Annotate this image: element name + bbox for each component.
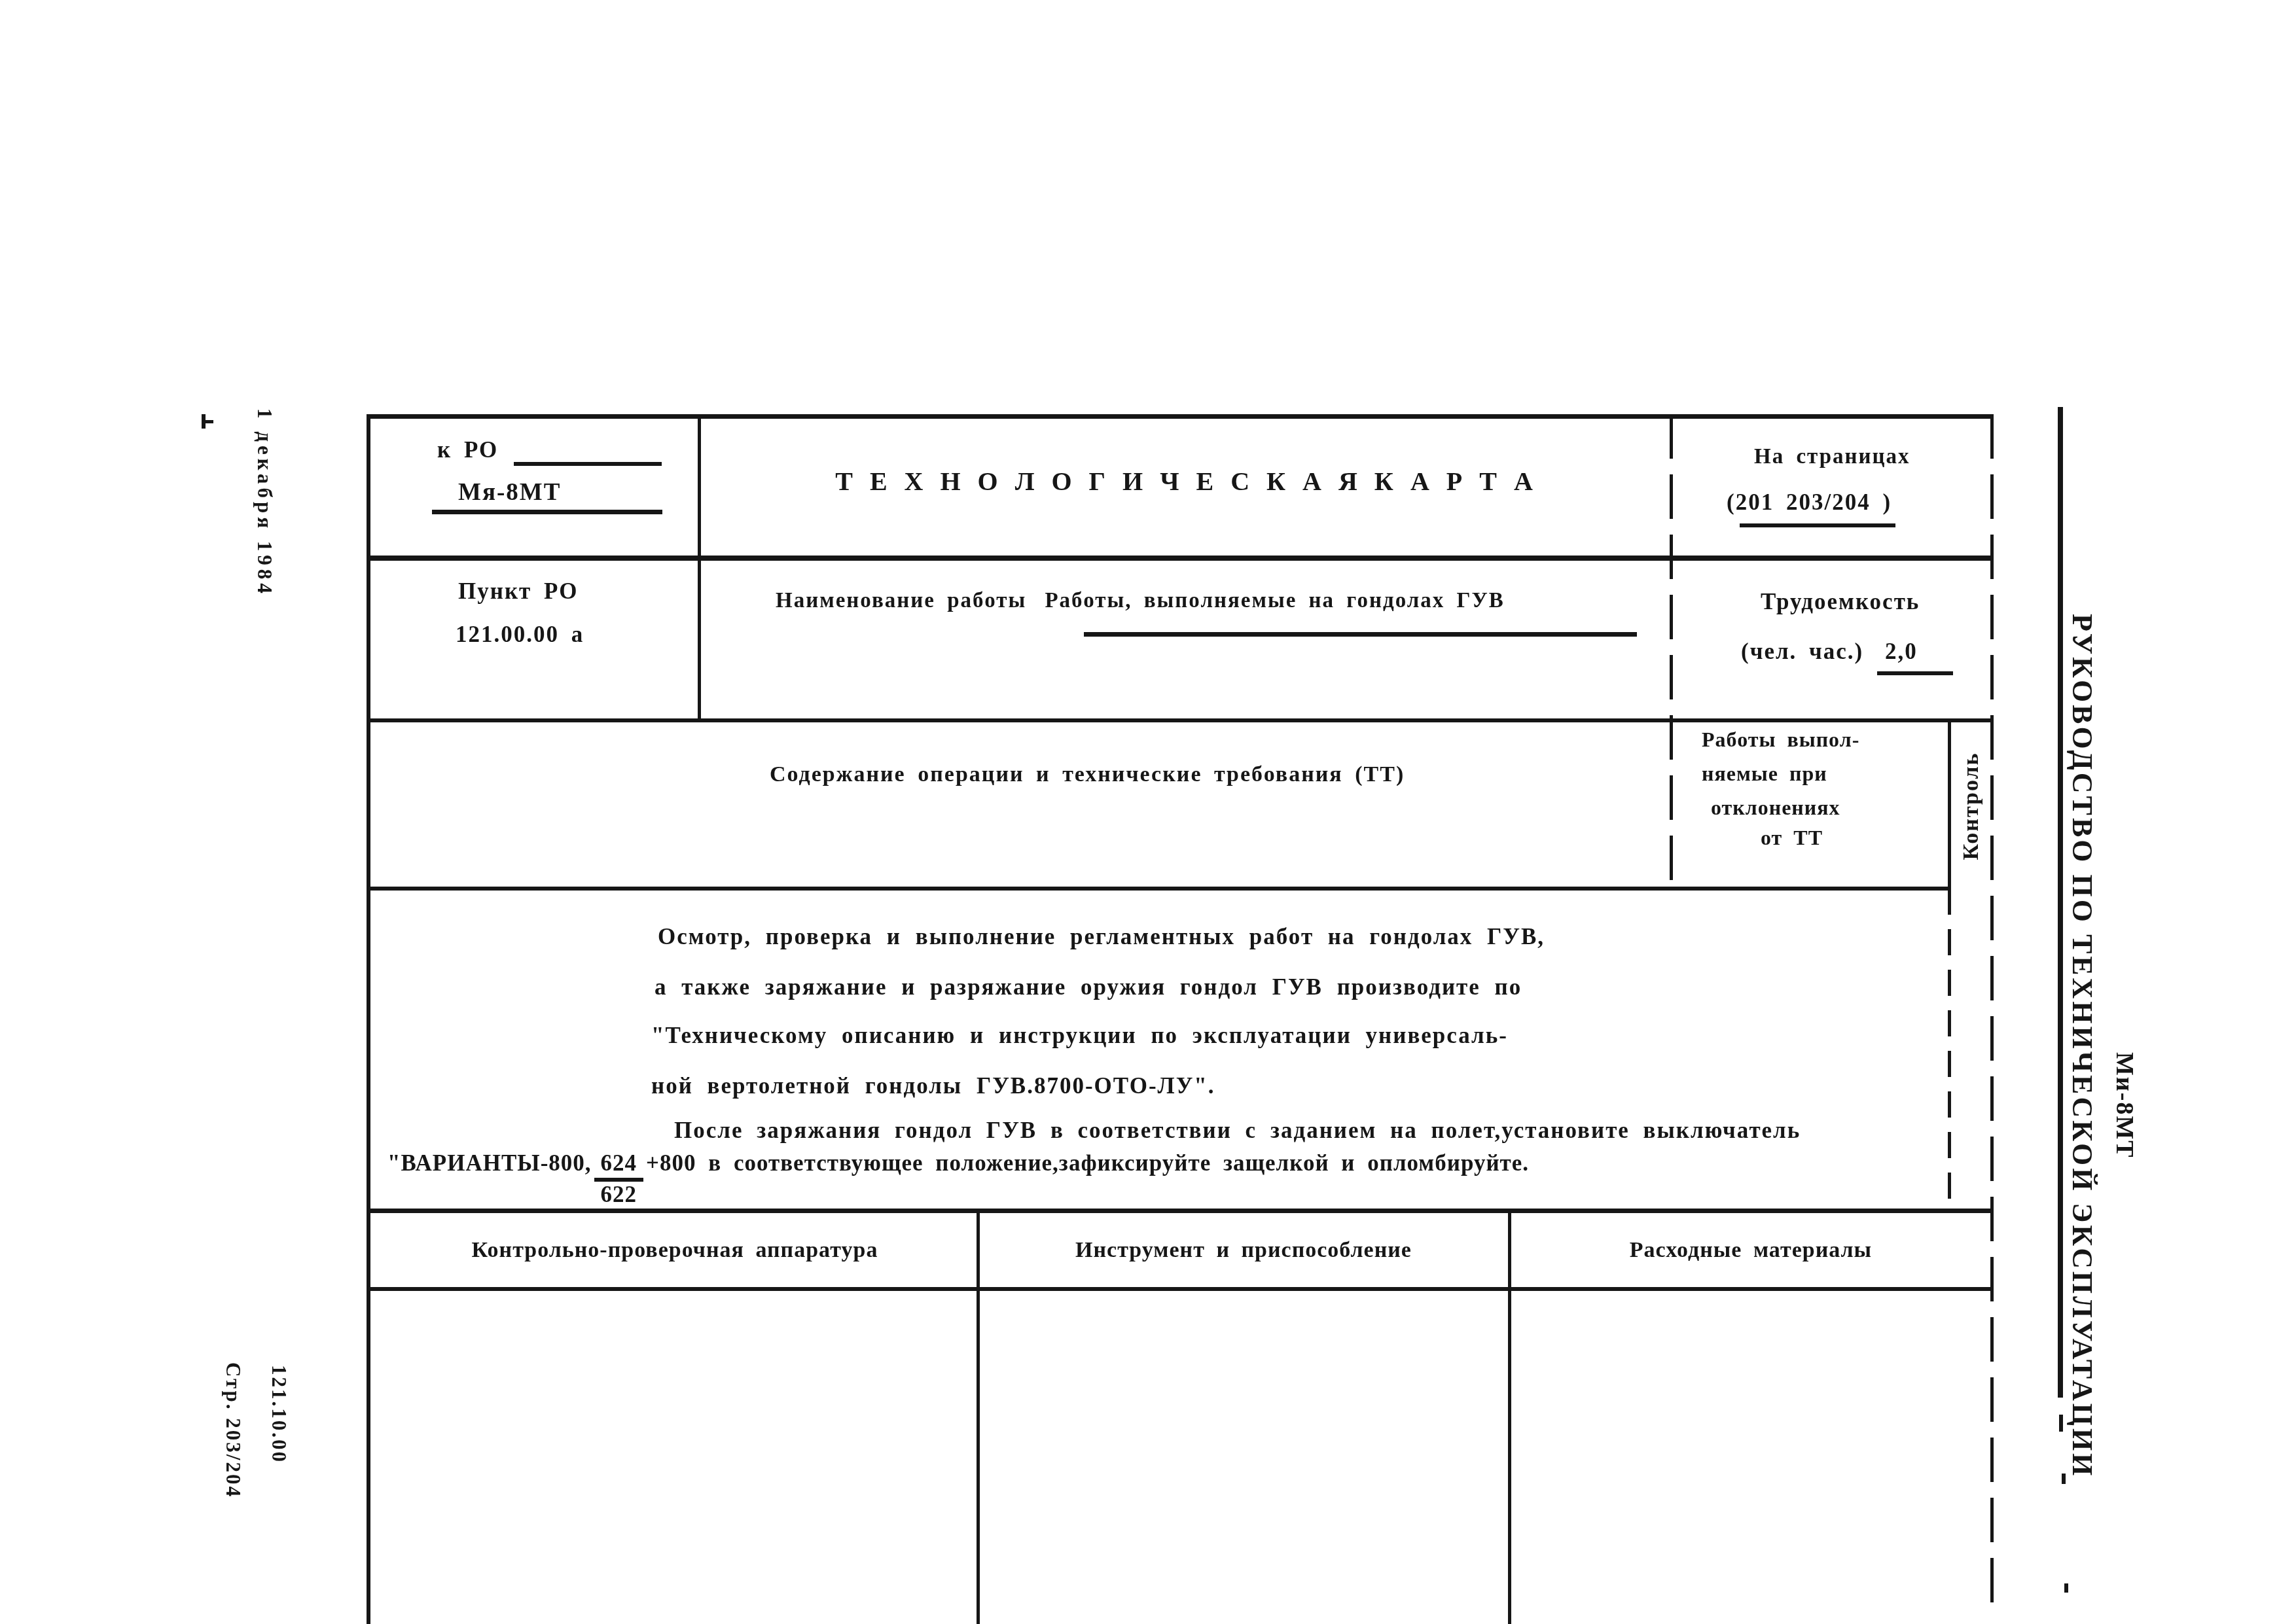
materials-col-tools: Инструмент и приспособление [982,1238,1505,1263]
body-line: ной вертолетной гондолы ГУВ.8700-ОТО-ЛУ"… [651,1073,1215,1099]
body-line: "Техническому описанию и инструкции по э… [651,1023,1508,1049]
ops-content-header: Содержание операции и технические требов… [770,762,1405,787]
materials-col-kpa: Контрольно-проверочная аппаратура [376,1238,973,1263]
header-cell-divider [698,414,701,720]
table-right-dashed-border [1990,414,1994,1612]
body-line: а также заряжание и разряжание оружия го… [655,974,1522,1000]
margin-manual-title: РУКОВОДСТВО ПО ТЕХНИЧЕСКОЙ ЭКСПЛУАТАЦИИ [2066,614,2099,1478]
deviation-header-line: Работы выпол- [1702,728,1859,752]
binding-rule [2058,407,2063,1398]
deviation-header-line: отклонениях [1711,796,1840,820]
binding-rule-dash [2064,1583,2068,1593]
scan-artifact [202,420,213,423]
labor-unit: (чел. час.) [1741,639,1863,664]
card-title: Т Е Х Н О Л О Г И Ч Е С К А Я К А Р Т А [700,466,1671,497]
ro-label: к РО [437,437,498,463]
deviation-header-line: няемые при [1702,762,1827,786]
margin-section-code: 121.10.00 [267,1365,291,1464]
variants-fraction: 624 622 [594,1150,644,1208]
body-line: После заряжания гондол ГУВ в соответстви… [674,1118,1801,1144]
control-column-dashed-divider [1948,889,1951,1210]
materials-divider-2 [1508,1209,1511,1624]
materials-col-consumables: Расходные материалы [1513,1238,1988,1263]
margin-page-ref: Стр. 203/204 [221,1362,245,1498]
control-column-divider [1948,718,1951,889]
labor-label: Трудоемкость [1761,589,1920,615]
table-top-border [367,414,1994,419]
variants-prefix: "ВАРИАНТЫ-800, [387,1150,592,1176]
variants-denominator: 622 [601,1182,637,1208]
materials-divider-1 [977,1209,980,1624]
labor-line: (чел. час.) 2,0 [1741,639,1918,665]
ro-value: Мя-8МТ [458,478,561,506]
work-value-underline [1084,632,1637,637]
pages-label: На страницах [1754,445,1910,469]
margin-date: 1 декабря 1984 [253,408,276,597]
binding-rule-dash [2059,1415,2063,1432]
materials-header-separator [367,1287,1994,1291]
punkt-label: Пункт РО [458,578,578,605]
row1-separator [367,556,1994,561]
work-label: Наименование работы [776,589,1026,612]
pages-value: (201 203/204 ) [1727,489,1892,516]
ro-value-underline [432,510,662,514]
row2-separator [367,718,1994,722]
pages-underline [1740,523,1895,527]
variants-numerator: 624 [594,1150,644,1182]
binding-rule-dash [2062,1474,2066,1484]
ops-header-separator [367,887,1951,891]
labor-value: 2,0 [1885,639,1918,664]
body-line: Осмотр, проверка и выполнение регламентн… [658,924,1545,950]
labor-value-underline [1877,671,1953,675]
margin-model: Ми-8МТ [2110,1052,2139,1159]
work-name-line: Наименование работы Работы, выполняемые … [776,589,1505,613]
control-header: Контроль [1958,741,1984,872]
variants-line: "ВАРИАНТЫ-800, 624 622 +800 в соответств… [387,1150,1529,1208]
document-page: 1 декабря 1984 121.10.00 Стр. 203/204 Ми… [0,0,2296,1624]
work-value: Работы, выполняемые на гондолах ГУВ [1045,589,1504,612]
materials-top-border [367,1209,1994,1213]
deviation-header-line: от ТТ [1761,826,1823,850]
table-left-border [367,414,370,1624]
ro-blank-line [514,462,662,466]
variants-suffix: +800 в соответствующее положение,зафикси… [646,1150,1529,1176]
punkt-value: 121.00.00 а [456,622,584,648]
